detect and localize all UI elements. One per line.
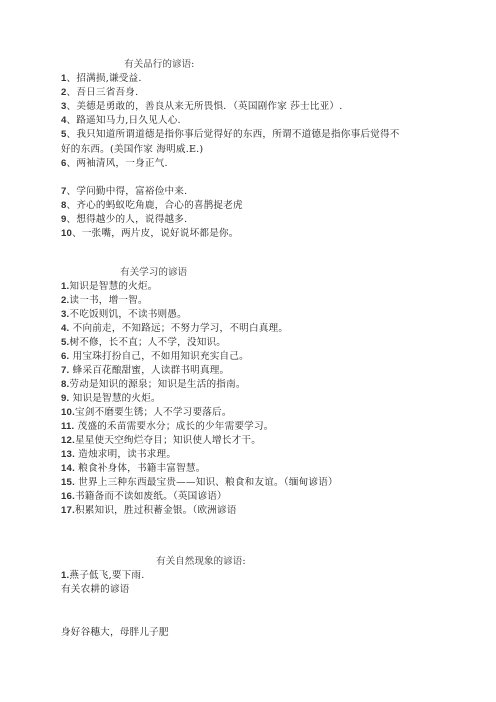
item-number: 10 — [61, 228, 72, 239]
heading-character: 有关品行的谚语: — [124, 58, 194, 71]
list-item: 5.树不修，长不直；人不学，没知识。 — [61, 336, 226, 349]
heading-farming: 有关农耕的谚语 — [61, 583, 130, 596]
list-item: 3.不吃饭则饥，不读书则愚。 — [61, 308, 187, 321]
item-number: 13. — [61, 449, 75, 460]
list-item: 1、招满损,谦受益. — [61, 72, 142, 85]
item-text: 不向前走，不知路远；不努力学习，不明白真理。 — [69, 323, 288, 334]
separator: 、 — [72, 228, 82, 239]
item-text: 蜂采百花酿甜蜜，人读群书明真理。 — [69, 365, 229, 376]
list-item: 14. 粮食补身体，书籍丰富智慧。 — [61, 462, 206, 475]
item-number: 16. — [61, 491, 75, 502]
separator: 、 — [67, 101, 77, 112]
item-text: 两袖清风，一身正气. — [76, 158, 167, 169]
list-item: 10、一张嘴，两片皮，说好说坏都是你。 — [61, 227, 239, 240]
list-item: 13. 造烛求明，读书求理。 — [61, 448, 176, 461]
list-item: 2.读一书，增一智。 — [61, 294, 148, 307]
item-text: 粮食补身体，书籍丰富智慧。 — [75, 463, 206, 474]
list-item: 8.劳动是知识的源泉；知识是生活的指南。 — [61, 378, 246, 391]
separator: 、 — [67, 73, 77, 84]
item-text: 读一书，增一智。 — [69, 295, 147, 306]
list-item: 12.星星使天空绚烂夺目；知识使人增长才干。 — [61, 434, 261, 447]
item-number: 15. — [61, 477, 75, 488]
item-number: 12. — [61, 435, 75, 446]
list-item: 身好谷穗大，母胖儿子肥 — [61, 626, 169, 639]
item-text: 书籍备而不读如废纸。（英国谚语） — [75, 491, 227, 502]
list-item: 4. 不向前走，不知路远；不努力学习，不明白真理。 — [61, 322, 288, 335]
separator: 、 — [67, 115, 77, 126]
list-item: 2、吾日三省吾身. — [61, 86, 138, 99]
list-item: 5、我只知道所谓道德是指你事后觉得好的东西，所谓不道德是指你事后觉得不 — [61, 128, 400, 141]
item-text: 好的东西。(美国作家 海明威.E.) — [61, 144, 203, 155]
item-text: 我只知道所谓道德是指你事后觉得好的东西，所谓不道德是指你事后觉得不 — [76, 129, 399, 140]
item-text: 燕子低飞,要下雨. — [69, 570, 144, 581]
item-number: 14. — [61, 463, 75, 474]
heading-nature: 有关自然现象的谚语: — [156, 555, 246, 568]
item-text: 学问勤中得，富裕俭中来. — [76, 186, 187, 197]
item-text: 树不修，长不直；人不学，没知识。 — [69, 337, 226, 348]
separator: 、 — [67, 200, 77, 211]
item-text: 吾日三省吾身. — [76, 87, 138, 98]
item-text: 不吃饭则饥，不读书则愚。 — [69, 309, 187, 320]
item-text: 齐心的蚂蚁吃角鹿，合心的喜鹊捉老虎 — [76, 200, 243, 211]
item-text: 知识是智慧的火炬。 — [69, 281, 157, 292]
item-text: 想得越少的人，说得越多. — [76, 214, 187, 225]
item-number: 17. — [61, 505, 75, 516]
list-item: 11. 茂盛的禾苗需要水分；成长的少年需要学习。 — [61, 420, 274, 433]
separator: 、 — [67, 214, 77, 225]
separator: 、 — [67, 158, 77, 169]
list-item: 6. 用宝珠打扮自己，不如用知识充实自己。 — [61, 350, 249, 363]
list-item: 15. 世界上三种东西最宝贵——知识、粮食和友谊。（缅甸谚语） — [61, 476, 338, 489]
item-number: 11. — [61, 421, 74, 432]
heading-learning: 有关学习的谚语 — [120, 266, 187, 279]
list-item: 9. 知识是智慧的火炬。 — [61, 392, 161, 405]
list-item: 9、想得越少的人，说得越多. — [61, 213, 187, 226]
separator: 、 — [67, 186, 77, 197]
item-text: 积累知识，胜过积蓄金银。（欧洲谚语 — [75, 505, 237, 516]
list-item: 16.书籍备而不读如废纸。（英国谚语） — [61, 490, 227, 503]
item-text: 招满损,谦受益. — [76, 73, 141, 84]
item-text: 世界上三种东西最宝贵——知识、粮食和友谊。（缅甸谚语） — [75, 477, 338, 488]
list-item: 10.宝剑不磨要生锈；人不学习要落后。 — [61, 406, 232, 419]
item-text: 知识是智慧的火炬。 — [69, 393, 160, 404]
list-item: 7. 蜂采百花酿甜蜜，人读群书明真理。 — [61, 364, 229, 377]
item-text: 宝剑不磨要生锈；人不学习要落后。 — [75, 407, 232, 418]
separator: 、 — [67, 87, 77, 98]
item-text: 一张嘴，两片皮，说好说坏都是你。 — [82, 228, 239, 239]
item-text: 造烛求明，读书求理。 — [75, 449, 176, 460]
item-text: 路遥知马力,日久见人心. — [76, 115, 180, 126]
item-number: 10. — [61, 407, 75, 418]
list-item: 3、美德是勇敢的，善良从来无所畏惧．（英国剧作家 莎士比亚）. — [61, 100, 342, 113]
list-item: 17.积累知识，胜过积蓄金银。（欧洲谚语 — [61, 504, 237, 517]
list-item: 7、学问勤中得，富裕俭中来. — [61, 185, 187, 198]
item-text: 美德是勇敢的，善良从来无所畏惧．（英国剧作家 莎士比亚）. — [76, 101, 342, 112]
item-text: 茂盛的禾苗需要水分；成长的少年需要学习。 — [74, 421, 273, 432]
list-item: 8、齐心的蚂蚁吃角鹿，合心的喜鹊捉老虎 — [61, 199, 243, 212]
list-item: 1.燕子低飞,要下雨. — [61, 569, 144, 582]
list-item: 4、路遥知马力,日久见人心. — [61, 114, 181, 127]
list-item: 6、两袖清风，一身正气. — [61, 157, 168, 170]
item-text: 星星使天空绚烂夺目；知识使人增长才干。 — [75, 435, 261, 446]
list-item-continuation: 好的东西。(美国作家 海明威.E.) — [61, 143, 203, 156]
item-text: 用宝珠打扮自己，不如用知识充实自己。 — [69, 351, 249, 362]
separator: 、 — [67, 129, 77, 140]
list-item: 1.知识是智慧的火炬。 — [61, 280, 158, 293]
item-text: 劳动是知识的源泉；知识是生活的指南。 — [69, 379, 245, 390]
